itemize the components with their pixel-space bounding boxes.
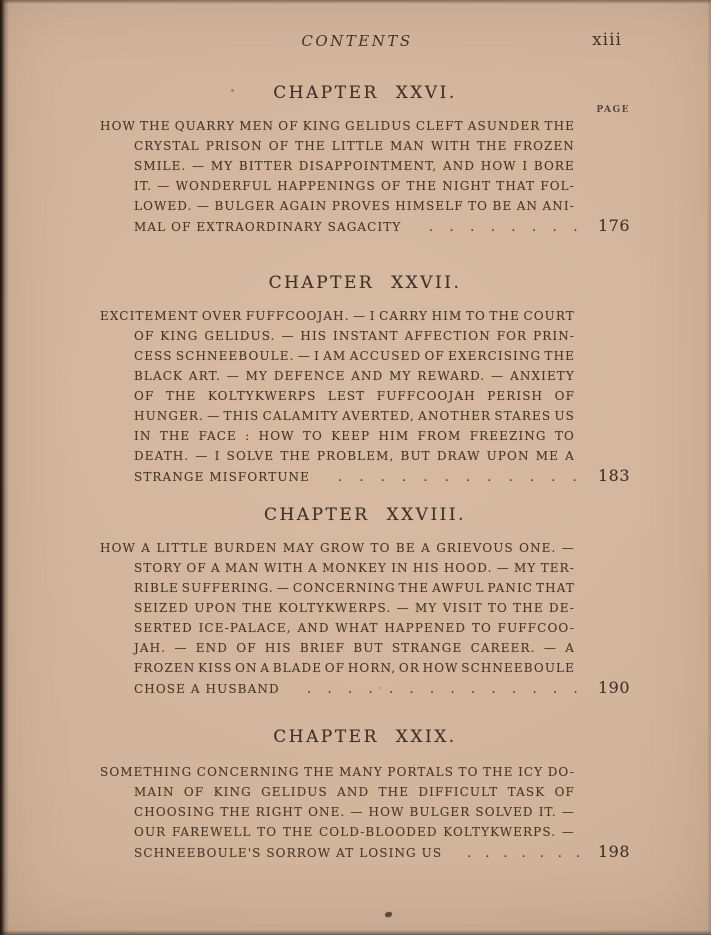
summary-line: LOWED.—BULGERAGAINPROVESHIMSELFTOBEANANI… bbox=[134, 196, 575, 216]
chapter-summary: HOWTHEQUARRYMENOFKINGGELIDUSCLEFTASUNDER… bbox=[100, 116, 630, 236]
page-number: 183 bbox=[598, 466, 630, 486]
chapter-section: CHAPTER XXVIII. HOWALITTLEBURDENMAYGROWT… bbox=[100, 504, 630, 698]
summary-line: CRYSTALPRISONOFTHELITTLEMANWITHTHEFROZEN bbox=[134, 136, 575, 156]
scan-edge-bottom bbox=[0, 930, 711, 935]
summary-line: HUNGER.—THISCALAMITYAVERTED,ANOTHERSTARE… bbox=[134, 406, 575, 426]
summary-line: RIBLESUFFERING.—CONCERNINGTHEAWFULPANICT… bbox=[134, 578, 575, 598]
page-header: CONTENTS xiii bbox=[100, 32, 630, 52]
summary-line-text: CHOSE A HUSBAND bbox=[134, 679, 280, 699]
chapter-heading: CHAPTER XXVII. bbox=[100, 272, 630, 294]
summary-line: SMILE.—MYBITTERDISAPPOINTMENT,ANDHOWIBOR… bbox=[134, 156, 575, 176]
summary-line: OFTHEKOLTYKWERPSLESTFUFFCOOJAHPERISHOF bbox=[134, 386, 575, 406]
summary-line: BLACKART.—MYDEFENCEANDMYREWARD.—ANXIETY bbox=[134, 366, 575, 386]
chapter-section: CHAPTER XXVII. EXCITEMENTOVERFUFFCOOJAH.… bbox=[100, 272, 630, 486]
summary-line: CHOSE A HUSBAND..............190 bbox=[134, 678, 630, 698]
summary-line: CHOOSINGTHERIGHTONE.—HOWBULGERSOLVEDIT.— bbox=[134, 802, 575, 822]
page-number: 176 bbox=[598, 216, 630, 236]
summary-line-text: MAL OF EXTRAORDINARY SAGACITY bbox=[134, 217, 401, 237]
summary-line: JAH.—ENDOFHISBRIEFBUTSTRANGECAREER.—A bbox=[134, 638, 575, 658]
chapter-heading: CHAPTER XXIX. bbox=[100, 726, 630, 748]
contents-list: CHAPTER XXVI. HOWTHEQUARRYMENOFKINGGELID… bbox=[100, 82, 630, 862]
summary-line: SERTEDICE-PALACE,ANDWHATHAPPENEDTOFUFFCO… bbox=[134, 618, 575, 638]
summary-line: SOMETHINGCONCERNINGTHEMANYPORTALSTOTHEIC… bbox=[100, 762, 575, 782]
summary-line: HOWALITTLEBURDENMAYGROWTOBEAGRIEVOUSONE.… bbox=[100, 538, 575, 558]
leader-dots: ....... bbox=[454, 844, 594, 864]
summary-line-text: STRANGE MISFORTUNE bbox=[134, 467, 310, 487]
summary-line-text: SCHNEEBOULE'S SORROW AT LOSING US bbox=[134, 843, 442, 863]
scan-edge-left bbox=[0, 0, 9, 935]
running-header: CONTENTS bbox=[92, 32, 622, 50]
book-page: PAGE CONTENTS xiii CHAPTER XXVI. HOWTHEQ… bbox=[0, 0, 711, 935]
summary-line: EXCITEMENTOVERFUFFCOOJAH.—ICARRYHIMTOTHE… bbox=[100, 306, 575, 326]
chapter-heading: CHAPTER XXVI. bbox=[100, 82, 630, 104]
scan-edge-right bbox=[707, 0, 711, 935]
summary-line: STORYOFAMANWITHAMONKEYINHISHOOD.—MYTER- bbox=[134, 558, 575, 578]
summary-line: MAL OF EXTRAORDINARY SAGACITY........176 bbox=[134, 216, 630, 236]
page-number: 190 bbox=[598, 678, 630, 698]
page-content: CONTENTS xiii CHAPTER XXVI. HOWTHEQUARRY… bbox=[100, 0, 630, 862]
leader-dots: .............. bbox=[292, 680, 594, 700]
summary-line: MAINOFKINGGELIDUSANDTHEDIFFICULTTASKOF bbox=[134, 782, 575, 802]
summary-line: IT.—WONDERFULHAPPENINGSOFTHENIGHTTHATFOL… bbox=[134, 176, 575, 196]
summary-line: OURFAREWELLTOTHECOLD-BLOODEDKOLTYKWERPS.… bbox=[134, 822, 575, 842]
leader-dots: ........ bbox=[413, 218, 594, 238]
summary-line: FROZENKISSONABLADEOFHORN,ORHOWSCHNEEBOUL… bbox=[134, 658, 575, 678]
chapter-summary: SOMETHINGCONCERNINGTHEMANYPORTALSTOTHEIC… bbox=[100, 762, 630, 862]
summary-line: CESSSCHNEEBOULE.—IAMACCUSEDOFEXERCISINGT… bbox=[134, 346, 575, 366]
chapter-section: CHAPTER XXVI. HOWTHEQUARRYMENOFKINGGELID… bbox=[100, 82, 630, 236]
summary-line: DEATH.—ISOLVETHEPROBLEM,BUTDRAWUPONMEA bbox=[134, 446, 575, 466]
page-number: 198 bbox=[598, 842, 630, 862]
chapter-heading: CHAPTER XXVIII. bbox=[100, 504, 630, 526]
chapter-summary: EXCITEMENTOVERFUFFCOOJAH.—ICARRYHIMTOTHE… bbox=[100, 306, 630, 486]
summary-line: HOWTHEQUARRYMENOFKINGGELIDUSCLEFTASUNDER… bbox=[100, 116, 575, 136]
summary-line: SEIZEDUPONTHEKOLTYKWERPS.—MYVISITTOTHEDE… bbox=[134, 598, 575, 618]
summary-line: OFKINGGELIDUS.—HISINSTANTAFFECTIONFORPRI… bbox=[134, 326, 575, 346]
summary-line: SCHNEEBOULE'S SORROW AT LOSING US.......… bbox=[134, 842, 630, 862]
chapter-summary: HOWALITTLEBURDENMAYGROWTOBEAGRIEVOUSONE.… bbox=[100, 538, 630, 698]
ink-dot-mark bbox=[384, 911, 392, 918]
folio-page-number: xiii bbox=[592, 30, 622, 50]
chapter-section: CHAPTER XXIX. SOMETHINGCONCERNINGTHEMANY… bbox=[100, 726, 630, 862]
summary-line: STRANGE MISFORTUNE............183 bbox=[134, 466, 630, 486]
summary-line: INTHEFACE:HOWTOKEEPHIMFROMFREEZINGTO bbox=[134, 426, 575, 446]
leader-dots: ............ bbox=[322, 468, 594, 488]
